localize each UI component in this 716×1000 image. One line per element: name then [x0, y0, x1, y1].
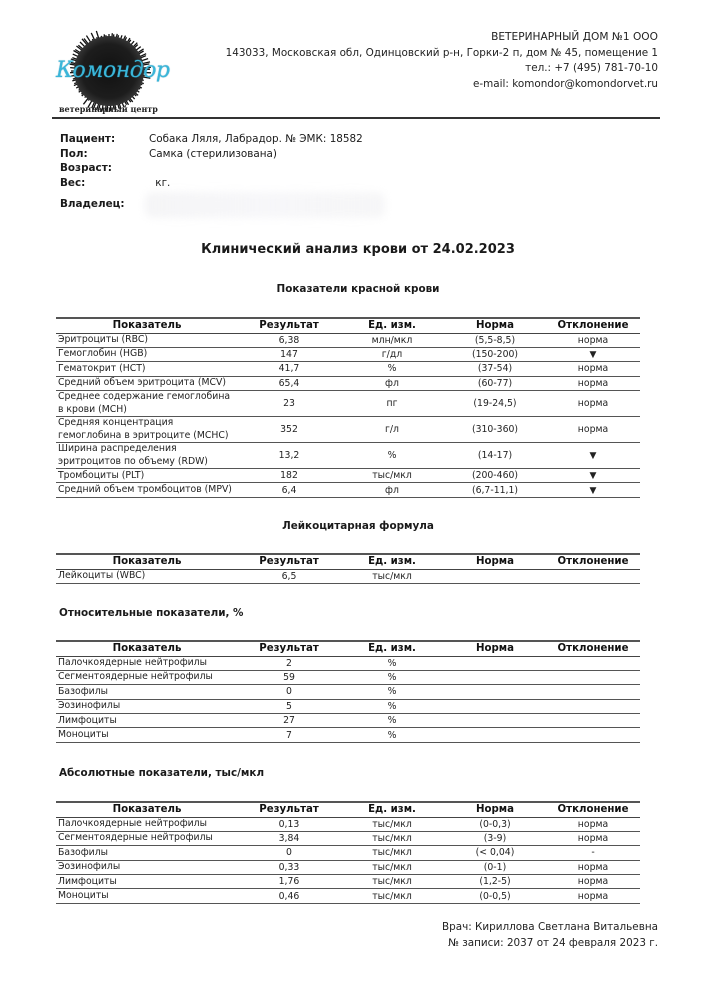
column-header-deviation: Отклонение: [546, 318, 640, 333]
cell-norm: (310-360): [444, 417, 546, 443]
cell-indicator: Эритроциты (RBC): [56, 333, 238, 347]
cell-norm: [444, 569, 546, 583]
cell-norm: (3-9): [444, 831, 546, 845]
cell-deviation: -: [546, 846, 640, 860]
cell-indicator: Средний объем тромбоцитов (MPV): [56, 483, 238, 497]
cell-unit: %: [340, 362, 444, 376]
column-header-unit: Ед. изм.: [340, 802, 444, 817]
cell-norm: [444, 685, 546, 699]
cell-deviation: [546, 714, 640, 728]
cell-unit: тыс/мкл: [340, 569, 444, 583]
column-header-norm: Норма: [444, 318, 546, 333]
cell-unit: г/л: [340, 417, 444, 443]
cell-unit: тыс/мкл: [340, 875, 444, 889]
header-divider: [52, 117, 660, 119]
column-header-unit: Ед. изм.: [340, 641, 444, 656]
cell-norm: [444, 656, 546, 670]
record-number: № записи: 2037 от 24 февраля 2023 г.: [442, 935, 658, 951]
cell-deviation: норма: [546, 860, 640, 874]
cell-indicator: Базофилы: [56, 846, 238, 860]
cell-indicator: Базофилы: [56, 685, 238, 699]
cell-unit: %: [340, 670, 444, 684]
cell-deviation: норма: [546, 417, 640, 443]
cell-result: 6,5: [238, 569, 340, 583]
column-header-norm: Норма: [444, 554, 546, 569]
table-header: ПоказательРезультатЕд. изм.НормаОтклонен…: [56, 318, 640, 333]
logo-script-text: Комондор: [56, 58, 170, 83]
org-email: e-mail: komondor@komondorvet.ru: [226, 77, 658, 93]
cell-deviation: [546, 685, 640, 699]
cell-norm: (< 0,04): [444, 846, 546, 860]
cell-result: 7: [238, 728, 340, 742]
cell-result: 0,33: [238, 860, 340, 874]
arrow-down-icon: ▼: [590, 350, 597, 360]
cell-deviation: норма: [546, 376, 640, 390]
cell-deviation: норма: [546, 362, 640, 376]
cell-norm: [444, 699, 546, 713]
column-header-unit: Ед. изм.: [340, 554, 444, 569]
column-header-deviation: Отклонение: [546, 554, 640, 569]
sex-value: Самка (стерилизована): [149, 148, 277, 160]
table-row: Лимфоциты1,76тыс/мкл(1,2-5)норма: [56, 875, 640, 889]
cell-norm: [444, 728, 546, 742]
cell-result: 6,4: [238, 483, 340, 497]
cell-deviation: норма: [546, 889, 640, 903]
arrow-down-icon: ▼: [590, 451, 597, 461]
cell-unit: г/дл: [340, 347, 444, 361]
cell-unit: тыс/мкл: [340, 469, 444, 483]
table-row: Средний объем эритроцита (MCV)65,4фл(60-…: [56, 376, 640, 390]
section-title-absolute: Абсолютные показатели, тыс/мкл: [59, 767, 264, 779]
column-header-norm: Норма: [444, 802, 546, 817]
table-row: Гемоглобин (HGB)147г/дл(150-200)▼: [56, 347, 640, 361]
column-header-result: Результат: [238, 318, 340, 333]
table-row: Моноциты7%: [56, 728, 640, 742]
cell-deviation: норма: [546, 875, 640, 889]
cell-norm: (0-0,3): [444, 817, 546, 831]
cell-norm: (1,2-5): [444, 875, 546, 889]
cell-result: 6,38: [238, 333, 340, 347]
cell-result: 27: [238, 714, 340, 728]
cell-result: 0: [238, 846, 340, 860]
cell-result: 59: [238, 670, 340, 684]
column-header-indicator: Показатель: [56, 318, 238, 333]
cell-indicator: Сегментоядерные нейтрофилы: [56, 831, 238, 845]
arrow-down-icon: ▼: [590, 471, 597, 481]
cell-result: 0,46: [238, 889, 340, 903]
cell-indicator: Ширина распределения эритроцитов по объе…: [56, 443, 238, 469]
cell-deviation: [546, 656, 640, 670]
table-row: Моноциты0,46тыс/мкл(0-0,5)норма: [56, 889, 640, 903]
cell-result: 2: [238, 656, 340, 670]
cell-unit: %: [340, 685, 444, 699]
column-header-indicator: Показатель: [56, 554, 238, 569]
cell-deviation: ▼: [546, 443, 640, 469]
cell-indicator: Моноциты: [56, 889, 238, 903]
relative-table: ПоказательРезультатЕд. изм.НормаОтклонен…: [56, 640, 640, 743]
weight-value: кг.: [152, 177, 170, 189]
cell-norm: (0-1): [444, 860, 546, 874]
table-row: Эозинофилы0,33тыс/мкл(0-1)норма: [56, 860, 640, 874]
table-row: Сегментоядерные нейтрофилы3,84тыс/мкл(3-…: [56, 831, 640, 845]
cell-norm: (19-24,5): [444, 391, 546, 417]
patient-value: Собака Ляля, Лабрадор. № ЭМК: 18582: [149, 133, 363, 145]
sex-label: Пол:: [60, 148, 88, 160]
column-header-result: Результат: [238, 802, 340, 817]
table-header: ПоказательРезультатЕд. изм.НормаОтклонен…: [56, 641, 640, 656]
org-phone: тел.: +7 (495) 781-70-10: [226, 61, 658, 77]
arrow-down-icon: ▼: [590, 486, 597, 496]
cell-unit: пг: [340, 391, 444, 417]
cell-unit: %: [340, 728, 444, 742]
cell-norm: (200-460): [444, 469, 546, 483]
column-header-deviation: Отклонение: [546, 641, 640, 656]
signature-block: Врач: Кириллова Светлана Витальевна № за…: [442, 919, 658, 951]
cell-indicator: Лимфоциты: [56, 875, 238, 889]
cell-indicator: Гематокрит (HCT): [56, 362, 238, 376]
cell-deviation: норма: [546, 817, 640, 831]
cell-unit: фл: [340, 376, 444, 390]
table-row: Эозинофилы5%: [56, 699, 640, 713]
column-header-unit: Ед. изм.: [340, 318, 444, 333]
cell-unit: фл: [340, 483, 444, 497]
table-row: Базофилы0%: [56, 685, 640, 699]
cell-deviation: ▼: [546, 483, 640, 497]
org-name: ВЕТЕРИНАРНЫЙ ДОМ №1 ООО: [226, 30, 658, 46]
cell-norm: (0-0,5): [444, 889, 546, 903]
cell-indicator: Палочкоядерные нейтрофилы: [56, 656, 238, 670]
column-header-result: Результат: [238, 554, 340, 569]
org-address: 143033, Московская обл, Одинцовский р-н,…: [226, 46, 658, 62]
logo-subtitle: ветеринарный центр: [59, 104, 158, 114]
table-row: Среднее содержание гемоглобина в крови (…: [56, 391, 640, 417]
cell-deviation: норма: [546, 391, 640, 417]
section-title-relative: Относительные показатели, %: [59, 607, 243, 619]
section-title-red-blood: Показатели красной крови: [0, 283, 716, 295]
cell-deviation: [546, 569, 640, 583]
cell-deviation: [546, 699, 640, 713]
cell-norm: (37-54): [444, 362, 546, 376]
table-row: Сегментоядерные нейтрофилы59%: [56, 670, 640, 684]
table-row: Палочкоядерные нейтрофилы0,13тыс/мкл(0-0…: [56, 817, 640, 831]
cell-unit: %: [340, 699, 444, 713]
table-row: Лейкоциты (WBC)6,5тыс/мкл: [56, 569, 640, 583]
cell-result: 65,4: [238, 376, 340, 390]
clinic-logo: Комондор ветеринарный центр: [52, 32, 162, 122]
cell-indicator: Средняя концентрация гемоглобина в эритр…: [56, 417, 238, 443]
cell-indicator: Моноциты: [56, 728, 238, 742]
cell-indicator: Палочкоядерные нейтрофилы: [56, 817, 238, 831]
cell-deviation: ▼: [546, 347, 640, 361]
table-row: Тромбоциты (PLT)182тыс/мкл(200-460)▼: [56, 469, 640, 483]
cell-deviation: норма: [546, 333, 640, 347]
cell-result: 147: [238, 347, 340, 361]
table-header: ПоказательРезультатЕд. изм.НормаОтклонен…: [56, 802, 640, 817]
table-row: Средний объем тромбоцитов (MPV)6,4фл(6,7…: [56, 483, 640, 497]
cell-indicator: Среднее содержание гемоглобина в крови (…: [56, 391, 238, 417]
cell-norm: [444, 670, 546, 684]
cell-result: 23: [238, 391, 340, 417]
cell-unit: тыс/мкл: [340, 860, 444, 874]
cell-result: 13,2: [238, 443, 340, 469]
cell-result: 0,13: [238, 817, 340, 831]
doctor-name: Врач: Кириллова Светлана Витальевна: [442, 919, 658, 935]
cell-norm: (150-200): [444, 347, 546, 361]
column-header-indicator: Показатель: [56, 802, 238, 817]
cell-norm: (6,7-11,1): [444, 483, 546, 497]
cell-unit: тыс/мкл: [340, 846, 444, 860]
section-title-leuko: Лейкоцитарная формула: [0, 520, 716, 532]
owner-label: Владелец:: [60, 198, 125, 210]
column-header-indicator: Показатель: [56, 641, 238, 656]
cell-result: 352: [238, 417, 340, 443]
cell-deviation: ▼: [546, 469, 640, 483]
cell-unit: тыс/мкл: [340, 817, 444, 831]
cell-result: 0: [238, 685, 340, 699]
table-row: Средняя концентрация гемоглобина в эритр…: [56, 417, 640, 443]
cell-deviation: [546, 670, 640, 684]
leukocyte-table: ПоказательРезультатЕд. изм.НормаОтклонен…: [56, 553, 640, 584]
cell-unit: млн/мкл: [340, 333, 444, 347]
age-label: Возраст:: [60, 162, 112, 174]
column-header-norm: Норма: [444, 641, 546, 656]
table-row: Базофилы0тыс/мкл(< 0,04)-: [56, 846, 640, 860]
red-blood-table: ПоказательРезультатЕд. изм.НормаОтклонен…: [56, 317, 640, 498]
cell-deviation: норма: [546, 831, 640, 845]
cell-unit: %: [340, 443, 444, 469]
cell-result: 182: [238, 469, 340, 483]
cell-unit: тыс/мкл: [340, 831, 444, 845]
owner-redacted: [145, 192, 385, 218]
cell-result: 1,76: [238, 875, 340, 889]
cell-result: 41,7: [238, 362, 340, 376]
cell-indicator: Эозинофилы: [56, 699, 238, 713]
cell-indicator: Сегментоядерные нейтрофилы: [56, 670, 238, 684]
table-row: Лимфоциты27%: [56, 714, 640, 728]
table-row: Ширина распределения эритроцитов по объе…: [56, 443, 640, 469]
cell-unit: %: [340, 714, 444, 728]
document-title: Клинический анализ крови от 24.02.2023: [0, 242, 716, 257]
cell-indicator: Тромбоциты (PLT): [56, 469, 238, 483]
column-header-deviation: Отклонение: [546, 802, 640, 817]
cell-indicator: Эозинофилы: [56, 860, 238, 874]
column-header-result: Результат: [238, 641, 340, 656]
weight-label: Вес:: [60, 177, 85, 189]
cell-result: 5: [238, 699, 340, 713]
patient-label: Пациент:: [60, 133, 115, 145]
cell-norm: (5,5-8,5): [444, 333, 546, 347]
table-row: Палочкоядерные нейтрофилы2%: [56, 656, 640, 670]
cell-norm: [444, 714, 546, 728]
cell-deviation: [546, 728, 640, 742]
table-row: Гематокрит (HCT)41,7%(37-54)норма: [56, 362, 640, 376]
cell-indicator: Гемоглобин (HGB): [56, 347, 238, 361]
cell-result: 3,84: [238, 831, 340, 845]
table-header: ПоказательРезультатЕд. изм.НормаОтклонен…: [56, 554, 640, 569]
cell-norm: (60-77): [444, 376, 546, 390]
cell-norm: (14-17): [444, 443, 546, 469]
table-row: Эритроциты (RBC)6,38млн/мкл(5,5-8,5)норм…: [56, 333, 640, 347]
organization-info: ВЕТЕРИНАРНЫЙ ДОМ №1 ООО 143033, Московск…: [226, 30, 658, 92]
cell-indicator: Лимфоциты: [56, 714, 238, 728]
cell-indicator: Средний объем эритроцита (MCV): [56, 376, 238, 390]
cell-indicator: Лейкоциты (WBC): [56, 569, 238, 583]
cell-unit: %: [340, 656, 444, 670]
absolute-table: ПоказательРезультатЕд. изм.НормаОтклонен…: [56, 801, 640, 904]
cell-unit: тыс/мкл: [340, 889, 444, 903]
